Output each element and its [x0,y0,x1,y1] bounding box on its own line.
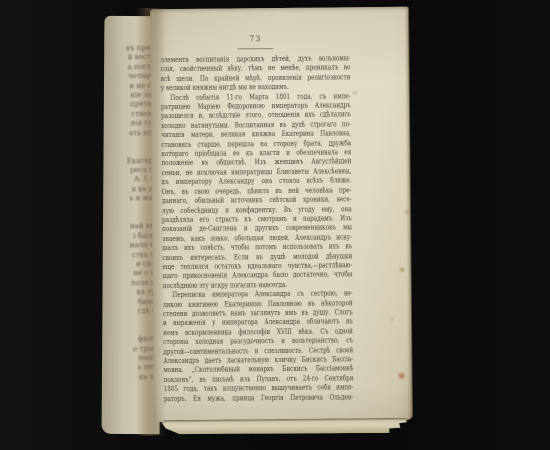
foxing-spot [400,268,405,272]
page-text: элемента воспитанія царскихъ дѣтей, духъ… [160,53,353,403]
photo-background: { "colors": { "background": "#0b0b0d", "… [0,0,550,450]
book-page: 73 элемента воспитанія царскихъ дѣтей, д… [150,7,412,422]
text-line: раторъ. Ея мужа, принца Георгія Петрович… [164,392,354,403]
foxing-spot [405,210,409,214]
page-stack-edge [162,418,409,435]
foxing-spot [391,318,394,321]
page-number: 73 [160,33,350,44]
foxing-spot [353,91,357,94]
foxing-spot [399,373,405,379]
text-line: щаго прикосновенія Александра было доста… [163,270,353,281]
